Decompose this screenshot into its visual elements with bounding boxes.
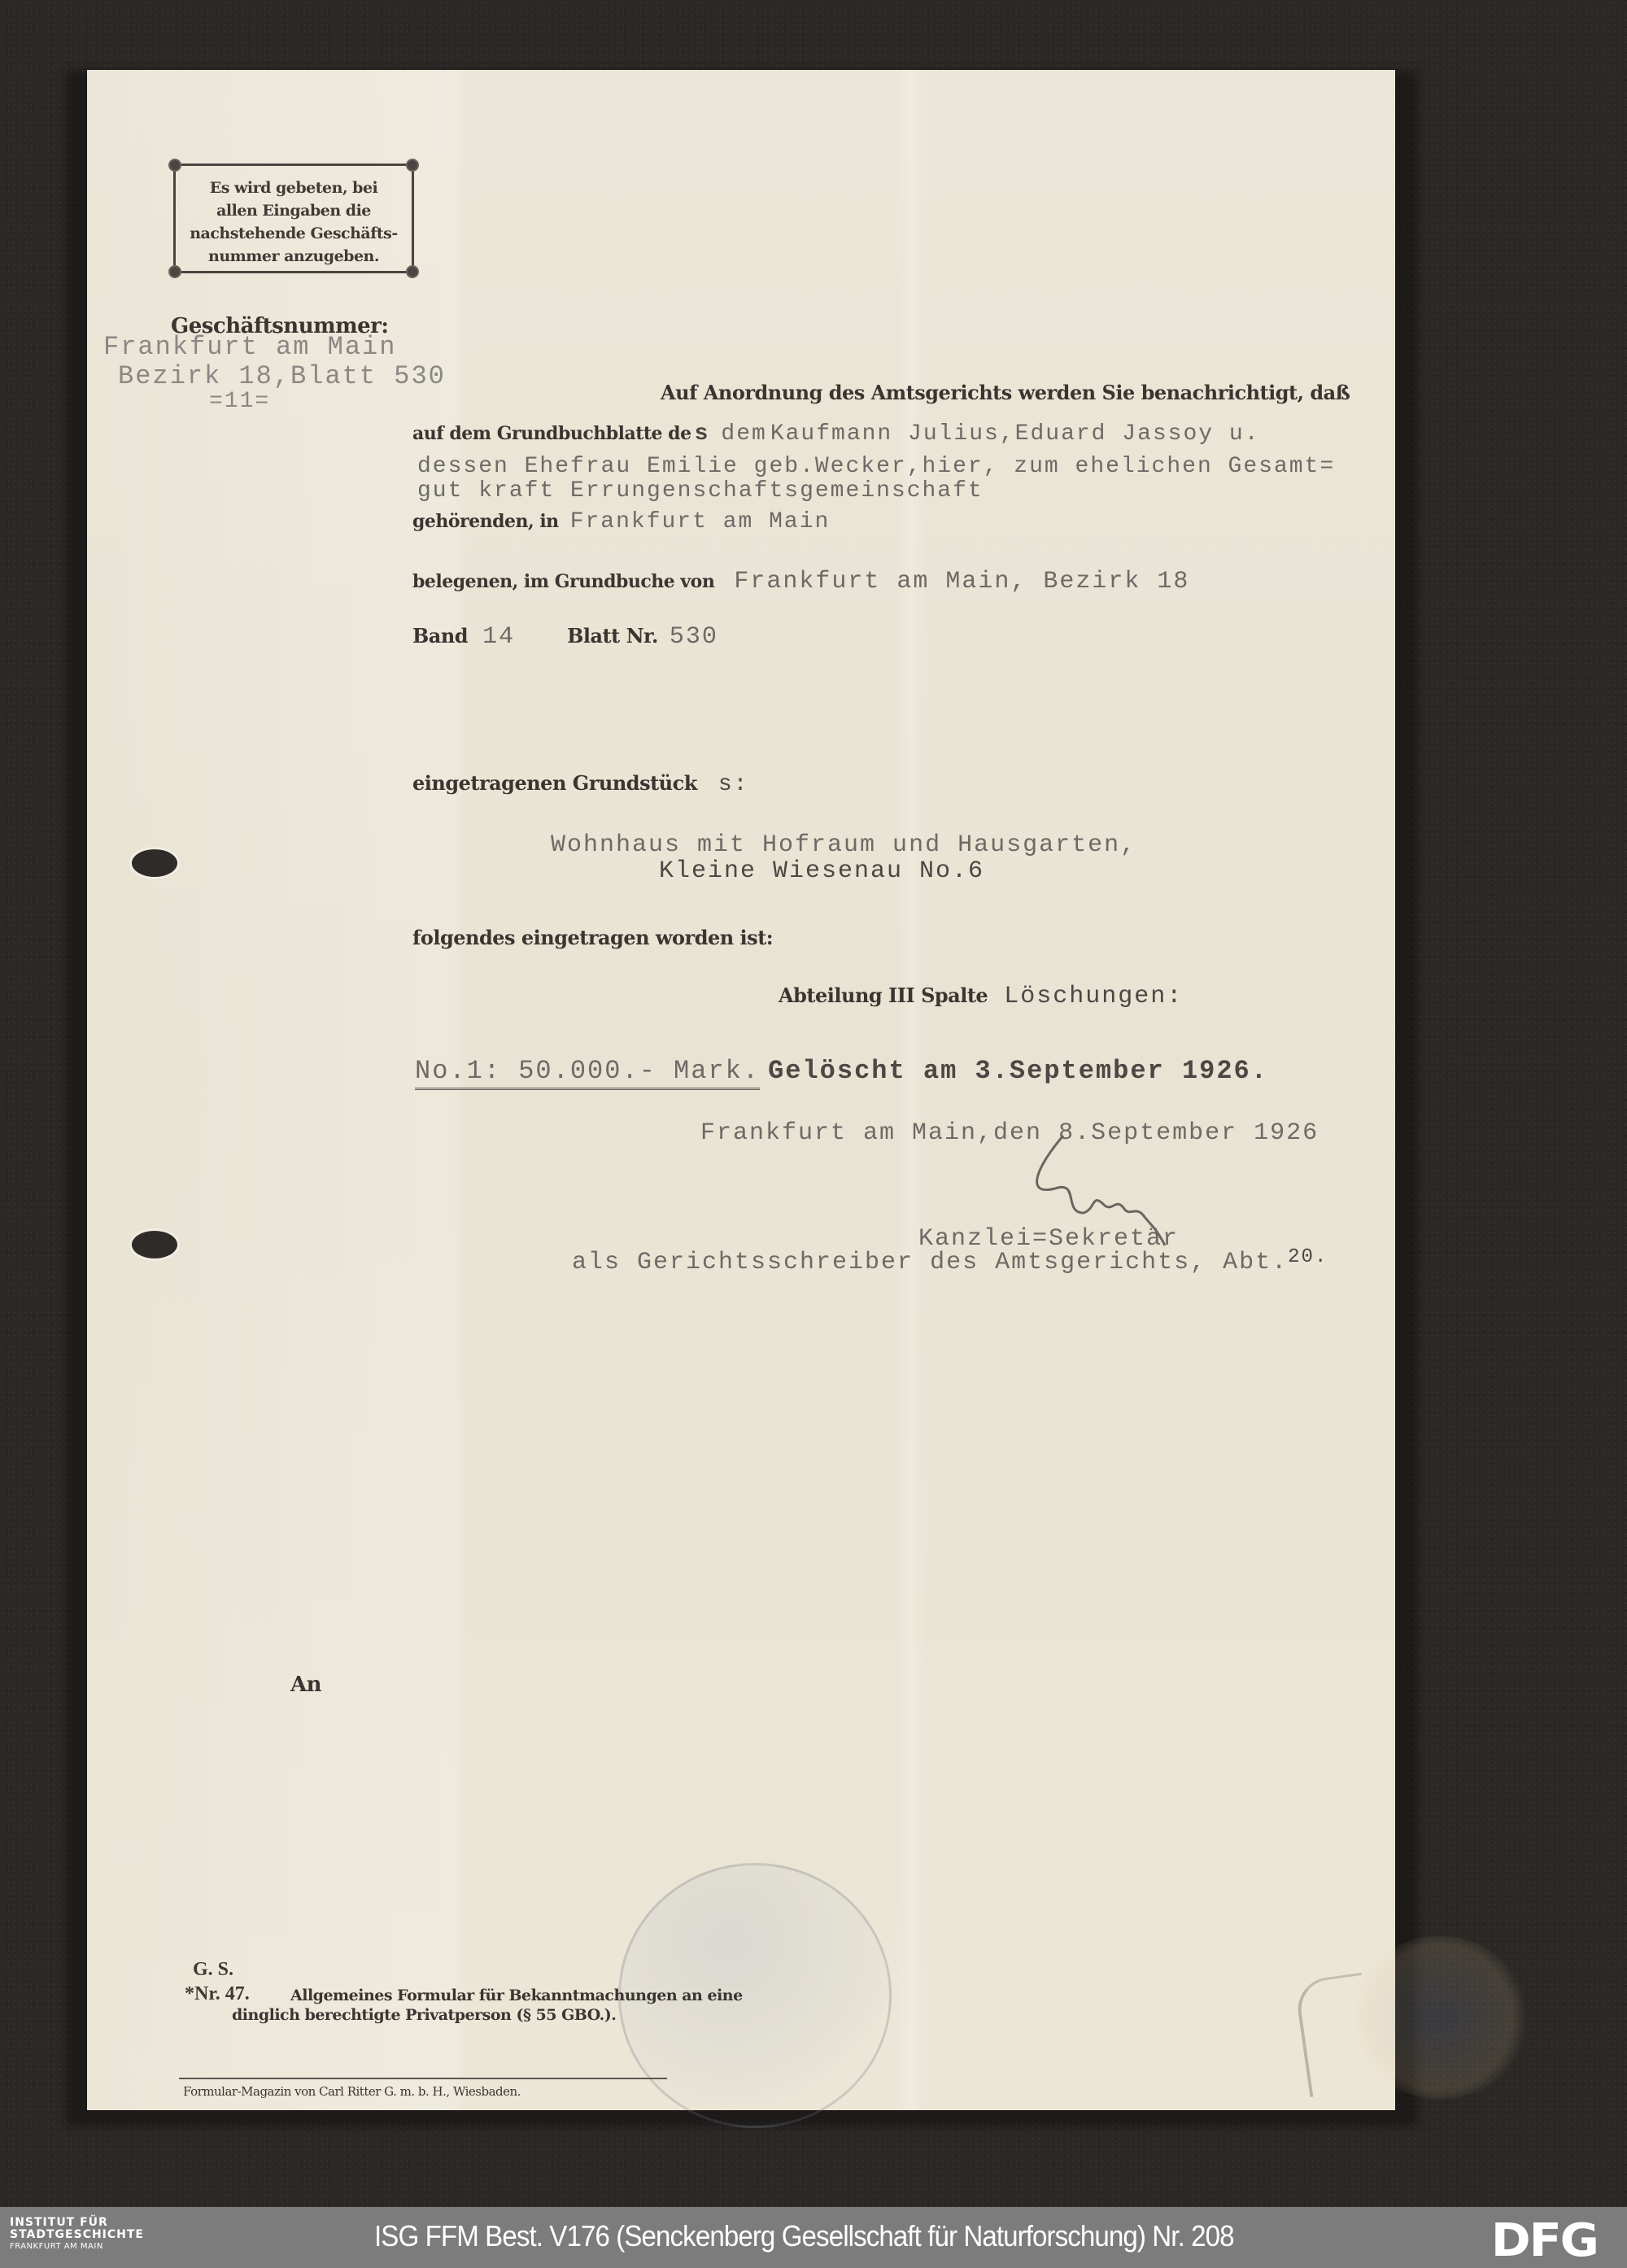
form-desc-line1: Allgemeines Formular für Bekanntmachunge…: [290, 1987, 743, 2004]
entry-item: No.1: 50.000.- Mark.: [415, 1056, 760, 1090]
section-line: Abteilung III Spalte Löschungen:: [779, 983, 1183, 1010]
corner-ornament-icon: [168, 265, 181, 278]
corner-ornament-icon: [406, 265, 419, 278]
institute-line1: INSTITUT FÜR: [10, 2217, 144, 2229]
instruction-line: nachstehende Geschäfts-: [176, 222, 412, 245]
instruction-line: allen Eingaben die: [176, 199, 412, 222]
case-number-line2: Bezirk 18,Blatt 530: [118, 361, 446, 391]
punch-hole: [132, 849, 177, 877]
isg-institute-logo: INSTITUT FÜR STADTGESCHICHTE FRANKFURT A…: [10, 2217, 144, 2252]
document-page: Es wird gebeten, bei allen Eingaben die …: [87, 70, 1395, 2110]
owner-line3: gut kraft Errungenschaftsgemeinschaft: [417, 478, 984, 504]
property-desc-line1: Wohnhaus mit Hofraum und Hausgarten,: [551, 831, 1136, 859]
owner-prefix: dem: [721, 421, 766, 447]
belonging-value: Frankfurt am Main: [570, 509, 831, 534]
owner-label: auf dem Grundbuchblatte de: [412, 423, 691, 444]
volume-line: Band 14 Blatt Nr. 530: [412, 623, 718, 651]
band-value: 14: [482, 623, 515, 651]
footer-rule: [179, 2078, 667, 2079]
form-gs: G. S.: [193, 1959, 233, 1981]
blatt-label: Blatt Nr.: [567, 624, 658, 648]
entry-label: folgendes eingetragen worden ist:: [412, 926, 773, 949]
addressee-label: An: [290, 1673, 321, 1697]
instruction-line: Es wird gebeten, bei: [176, 177, 412, 199]
property-label: eingetragenen Grundstück: [412, 771, 697, 795]
property-suffix: s:: [718, 772, 749, 797]
intro-sentence: Auf Anordnung des Amtsgerichts werden Si…: [661, 381, 1350, 404]
archive-reference-title: ISG FFM Best. V176 (Senckenberg Gesellsc…: [374, 2219, 1234, 2253]
punch-hole: [132, 1231, 177, 1258]
owner-name: Kaufmann Julius,Eduard Jassoy u.: [770, 421, 1260, 447]
entry-line: No.1: 50.000.- Mark. Gelöscht am 3.Septe…: [415, 1056, 1268, 1086]
owner-line: auf dem Grundbuchblatte de s dem Kaufman…: [412, 421, 1260, 447]
property-desc-line2: Kleine Wiesenau No.6: [659, 857, 984, 885]
property-label-line: eingetragenen Grundstück s:: [412, 771, 748, 797]
form-publisher: Formular-Magazin von Carl Ritter G. m. b…: [183, 2084, 521, 2099]
signature-dept: 20.: [1288, 1246, 1328, 1268]
band-label: Band: [412, 624, 468, 648]
institute-line3: FRANKFURT AM MAIN: [10, 2241, 144, 2252]
instruction-box: Es wird gebeten, bei allen Eingaben die …: [173, 164, 414, 273]
signature-role: als Gerichtsschreiber des Amtsgerichts, …: [572, 1249, 1288, 1276]
paper-stain: [1350, 1936, 1529, 2099]
signature-role-line: als Gerichtsschreiber des Amtsgerichts, …: [572, 1246, 1328, 1276]
owner-label-suffix: s: [695, 421, 710, 447]
located-label: belegenen, im Grundbuche von: [412, 571, 714, 592]
dfg-logo-icon: DFG: [1491, 2218, 1598, 2264]
institute-line2: STADTGESCHICHTE: [10, 2229, 144, 2241]
form-desc-line2: dinglich berechtigte Privatperson (§ 55 …: [232, 2006, 616, 2024]
section-label: Abteilung III Spalte: [779, 984, 988, 1007]
located-line: belegenen, im Grundbuche von Frankfurt a…: [412, 568, 1189, 595]
form-number: *Nr. 47.: [185, 1983, 250, 2005]
case-number-line3: =11=: [209, 389, 270, 414]
entry-text: Gelöscht am 3.September 1926.: [768, 1056, 1268, 1086]
corner-ornament-icon: [168, 159, 181, 172]
case-number-line1: Frankfurt am Main: [103, 332, 396, 362]
owner-line2: dessen Ehefrau Emilie geb.Wecker,hier, z…: [417, 454, 1335, 479]
belonging-line: gehörenden, in Frankfurt am Main: [412, 509, 830, 534]
intro-text: Auf Anordnung des Amtsgerichts werden Si…: [661, 364, 1350, 408]
instruction-line: nummer anzugeben.: [176, 245, 412, 268]
located-value: Frankfurt am Main, Bezirk 18: [734, 568, 1189, 595]
corner-ornament-icon: [406, 159, 419, 172]
archive-footer-bar: INSTITUT FÜR STADTGESCHICHTE FRANKFURT A…: [0, 2207, 1627, 2268]
section-value: Löschungen:: [1004, 983, 1183, 1010]
belonging-label: gehörenden, in: [412, 511, 559, 532]
blatt-value: 530: [670, 623, 718, 651]
